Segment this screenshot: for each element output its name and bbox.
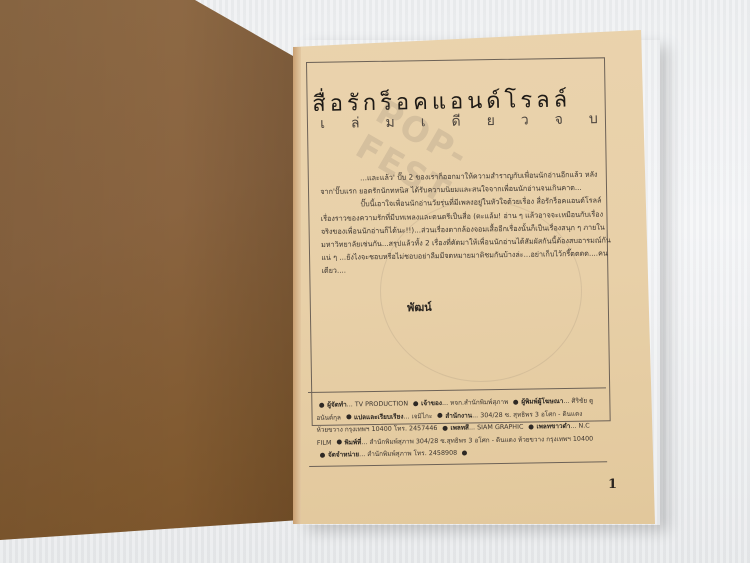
bullet-icon — [319, 402, 324, 407]
credit-label: สำนักงาน — [445, 411, 472, 419]
credit-label: พิมพ์ที่ — [344, 438, 361, 446]
page-spine-edge — [293, 47, 301, 524]
credit-value: TV PRODUCTION — [355, 399, 408, 408]
bullet-icon — [442, 425, 447, 430]
credit-label: จัดจำหน่าย — [328, 450, 359, 458]
author-signature: พัฒน์ — [407, 298, 432, 316]
bullet-icon — [413, 401, 418, 406]
bullet-icon — [462, 450, 467, 455]
bullet-icon — [346, 414, 351, 419]
intro-text: ...และแล้ว' ปั๊บ 2 ของเราก็ออกมาให้ความส… — [320, 167, 614, 277]
credit-label: เพลทขาวดำ — [536, 422, 570, 431]
credit-label: ผู้จัดทำ — [327, 400, 347, 408]
credit-label: เพลทสี — [450, 423, 469, 431]
credit-value: หจก.สำนักพิมพ์สุภาพ — [450, 398, 508, 407]
bullet-icon — [513, 399, 518, 404]
bullet-icon — [320, 452, 325, 457]
cover-shading — [0, 0, 300, 563]
bullet-icon — [336, 439, 341, 444]
credit-value: SIAM GRAPHIC — [477, 423, 523, 432]
credit-label: ผู้พิมพ์ผู้โฆษณา — [521, 397, 563, 406]
credits-box: ผู้จัดทำ... TV PRODUCTION เจ้าของ... หจก… — [308, 387, 607, 467]
credit-value: สำนักพิมพ์สุภาพ โทร. 2458908 — [367, 449, 457, 458]
credit-label: แปลและเรียบเรียง — [354, 412, 404, 421]
bullet-icon — [437, 413, 442, 418]
credit-label: เจ้าของ — [421, 399, 442, 407]
credit-value: สำนักพิมพ์สุภาพ 304/28 ซ.สุทธิพร 3 อโศก … — [369, 434, 593, 446]
page-number: 1 — [608, 477, 617, 492]
credit-value: เจมิไกะ — [411, 412, 432, 420]
bullet-icon — [528, 424, 533, 429]
intro-paragraph-2: ปั๊บนี้เอาใจเพื่อนนักอ่านวัยรุ่นที่มีเพล… — [320, 194, 613, 278]
